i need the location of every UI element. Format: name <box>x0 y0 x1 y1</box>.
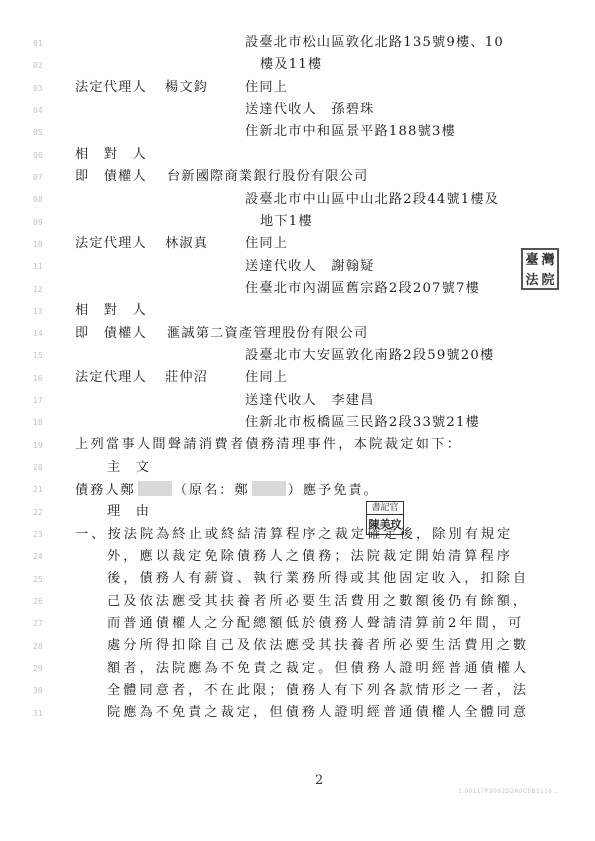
line-number: 21 <box>33 484 63 496</box>
party-address-cont: 樓及11樓 <box>260 56 322 74</box>
rep1-agent-address: 住新北市中和區景平路188號3樓 <box>245 123 456 141</box>
reason-line: 一、按法院為終止或終結清算程序之裁定確定後，除別有規定 <box>75 526 513 544</box>
line-number: 08 <box>33 194 63 206</box>
line-number: 22 <box>33 507 63 519</box>
line-number: 15 <box>33 350 63 362</box>
line-number: 16 <box>33 373 63 385</box>
line-number: 25 <box>33 574 63 586</box>
line-number: 28 <box>33 641 63 653</box>
reason-line: 院應為不免責之裁定，但債務人證明經普通債權人全體同意 <box>107 704 529 722</box>
ruling-text: 債務人鄭（原名：鄭）應予免責。 <box>75 481 379 500</box>
document-page: 0102030405060708091011121314151617181920… <box>0 0 595 841</box>
footer-code: 1.00117P2092D2A0CEB3116... <box>458 788 559 795</box>
line-number: 29 <box>33 663 63 675</box>
rep1-role: 法定代理人 <box>75 79 147 97</box>
redacted-original-name <box>252 481 286 496</box>
line-number: 18 <box>33 417 63 429</box>
ruling-prefix: 債務人鄭 <box>75 483 136 498</box>
creditor1-address: 設臺北市中山區中山北路2段44號1樓及 <box>245 191 499 209</box>
line-number: 30 <box>33 685 63 697</box>
rep2-role: 法定代理人 <box>75 235 147 253</box>
line-number: 24 <box>33 551 63 563</box>
creditor1-role: 即 債權人 <box>75 168 147 186</box>
intro-text: 上列當事人間聲請消費者債務清理事件，本院裁定如下： <box>75 436 462 454</box>
rep3-role: 法定代理人 <box>75 369 147 387</box>
line-number: 17 <box>33 395 63 407</box>
line-number: 23 <box>33 529 63 541</box>
reason-line: 己及依法應受其扶養者所必要生活費用之數額後仍有餘額， <box>107 593 529 611</box>
clerk-seal-name: 陳美玟 <box>367 515 403 534</box>
creditor2-role: 即 債權人 <box>75 325 147 343</box>
line-number: 05 <box>33 127 63 139</box>
creditor1-name: 台新國際商業銀行股份有限公司 <box>167 168 368 186</box>
line-number: 02 <box>33 60 63 72</box>
reason-heading: 理 由 <box>107 503 150 521</box>
line-number: 13 <box>33 306 63 318</box>
line-number: 01 <box>33 38 63 50</box>
party-address: 設臺北市松山區敦化北路135號9樓、10 <box>245 34 504 52</box>
seal-char: 臺 <box>524 251 540 271</box>
line-number: 14 <box>33 328 63 340</box>
clerk-seal-stamp: 書記官 陳美玟 <box>366 501 404 535</box>
ruling-middle: （原名：鄭 <box>174 483 250 498</box>
rep2-agent: 送達代收人 謝翰疑 <box>245 258 375 276</box>
line-number: 19 <box>33 440 63 452</box>
seal-char: 院 <box>540 271 556 291</box>
rep2-residence: 住同上 <box>245 235 288 253</box>
counterparty-label: 相 對 人 <box>75 302 147 320</box>
line-number: 26 <box>33 596 63 608</box>
creditor1-address-cont: 地下1樓 <box>260 213 313 231</box>
reason-line: 全體同意者，不在此限；債務人有下列各款情形之一者，法 <box>107 682 529 700</box>
line-number: 07 <box>33 172 63 184</box>
reason-line: 處分所得扣除自己及依法應受其扶養者所必要生活費用之數 <box>107 637 529 655</box>
rep1-agent: 送達代收人 孫碧珠 <box>245 101 375 119</box>
counterparty-label: 相 對 人 <box>75 146 147 164</box>
reason-line: 後，債務人有薪資、執行業務所得或其他固定收入，扣除自 <box>107 570 529 588</box>
reason-line: 外，應以裁定免除債務人之債務；法院裁定開始清算程序 <box>107 548 513 566</box>
line-number: 20 <box>33 462 63 474</box>
creditor2-address: 設臺北市大安區敦化南路2段59號20樓 <box>245 347 494 365</box>
creditor2-name: 滙誠第二資產管理股份有限公司 <box>167 325 368 343</box>
seal-char: 灣 <box>540 251 556 271</box>
line-number: 03 <box>33 83 63 95</box>
reason-line: 額者，法院應為不免責之裁定。但債務人證明經普通債權人 <box>107 660 529 678</box>
rep3-residence: 住同上 <box>245 369 288 387</box>
rep2-agent-address: 住臺北市內湖區舊宗路2段207號7樓 <box>245 280 480 298</box>
main-heading: 主 文 <box>107 459 150 477</box>
rep3-name: 莊仲沼 <box>165 369 208 387</box>
rep3-agent-address: 住新北市板橋區三民路2段33號21樓 <box>245 414 480 432</box>
page-number: 2 <box>315 773 323 788</box>
redacted-name <box>138 481 172 496</box>
line-number: 31 <box>33 708 63 720</box>
court-seal-icon: 臺 灣 法 院 <box>521 248 559 290</box>
rep1-name: 楊文鈞 <box>165 79 208 97</box>
ruling-suffix: ）應予免責。 <box>288 483 379 498</box>
rep3-agent: 送達代收人 李建昌 <box>245 392 375 410</box>
line-number: 27 <box>33 618 63 630</box>
line-number: 10 <box>33 239 63 251</box>
rep2-name: 林淑真 <box>165 235 208 253</box>
clerk-seal-title: 書記官 <box>367 502 403 515</box>
line-number: 06 <box>33 150 63 162</box>
line-number: 04 <box>33 105 63 117</box>
seal-char: 法 <box>524 271 540 291</box>
reason-line: 而普通債權人之分配總額低於債務人聲請清算前2年間，可 <box>107 615 524 633</box>
line-number: 12 <box>33 284 63 296</box>
line-number: 11 <box>33 261 63 273</box>
rep1-residence: 住同上 <box>245 79 288 97</box>
line-number: 09 <box>33 217 63 229</box>
